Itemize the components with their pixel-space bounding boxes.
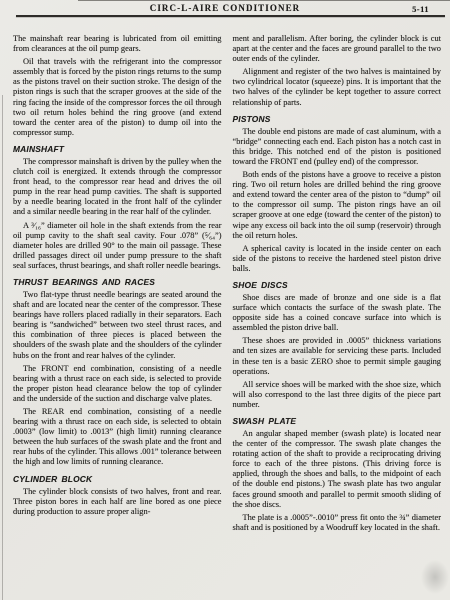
- page-number: 5-11: [412, 4, 429, 14]
- paragraph: The plate is a .0005”-.0010” press fit o…: [233, 513, 442, 533]
- paragraph: Alignment and register of the two halves…: [233, 67, 442, 107]
- section-heading-mainshaft: MAINSHAFT: [13, 144, 222, 154]
- right-column: ment and parallelism. After boring, the …: [233, 34, 442, 536]
- scan-smudge: [421, 560, 449, 594]
- paragraph: The REAR end combination, consisting of …: [13, 407, 222, 468]
- section-heading-shoe-discs: SHOE DISCS: [233, 280, 442, 290]
- paragraph: The cylinder block consists of two halve…: [13, 487, 222, 517]
- paragraph: Oil that travels with the refrigerant in…: [13, 57, 222, 138]
- section-heading-thrust-bearings-and-races: THRUST BEARINGS AND RACES: [13, 277, 222, 287]
- paragraph: The mainshaft rear bearing is lubricated…: [13, 34, 222, 54]
- section-heading-swash-plate: SWASH PLATE: [233, 416, 442, 426]
- left-column: The mainshaft rear bearing is lubricated…: [13, 34, 222, 536]
- header-rule: [16, 15, 445, 17]
- paragraph: Both ends of the pistons have a groove t…: [233, 170, 442, 241]
- paragraph: Two flat-type thrust needle bearings are…: [13, 290, 222, 361]
- scan-edge-left: [2, 95, 3, 600]
- paragraph: The compressor mainshaft is driven by th…: [13, 157, 222, 218]
- paragraph: An angular shaped member (swash plate) i…: [233, 429, 442, 510]
- paragraph: ment and parallelism. After boring, the …: [233, 34, 442, 64]
- paragraph: The FRONT end combination, consisting of…: [13, 364, 222, 404]
- section-heading-pistons: PISTONS: [233, 114, 442, 124]
- paragraph: Shoe discs are made of bronze and one si…: [233, 293, 442, 333]
- paragraph: A ³⁄₁₆” diameter oil hole in the shaft e…: [13, 221, 222, 271]
- paragraph: A spherical cavity is located in the ins…: [233, 244, 442, 274]
- page-header: CIRC-L-AIRE CONDITIONER 5-11: [0, 3, 450, 15]
- page-title: CIRC-L-AIRE CONDITIONER: [0, 3, 450, 13]
- paragraph: These shoes are provided in .0005” thick…: [233, 336, 442, 376]
- paragraph: All service shoes will be marked with th…: [233, 380, 442, 410]
- section-heading-cylinder-block: CYLINDER BLOCK: [13, 474, 222, 484]
- manual-page: CIRC-L-AIRE CONDITIONER 5-11 The mainsha…: [0, 0, 450, 600]
- paragraph: The double end pistons are made of cast …: [233, 127, 442, 167]
- two-column-body: The mainshaft rear bearing is lubricated…: [13, 34, 441, 536]
- scan-edge-top: [78, 0, 450, 1]
